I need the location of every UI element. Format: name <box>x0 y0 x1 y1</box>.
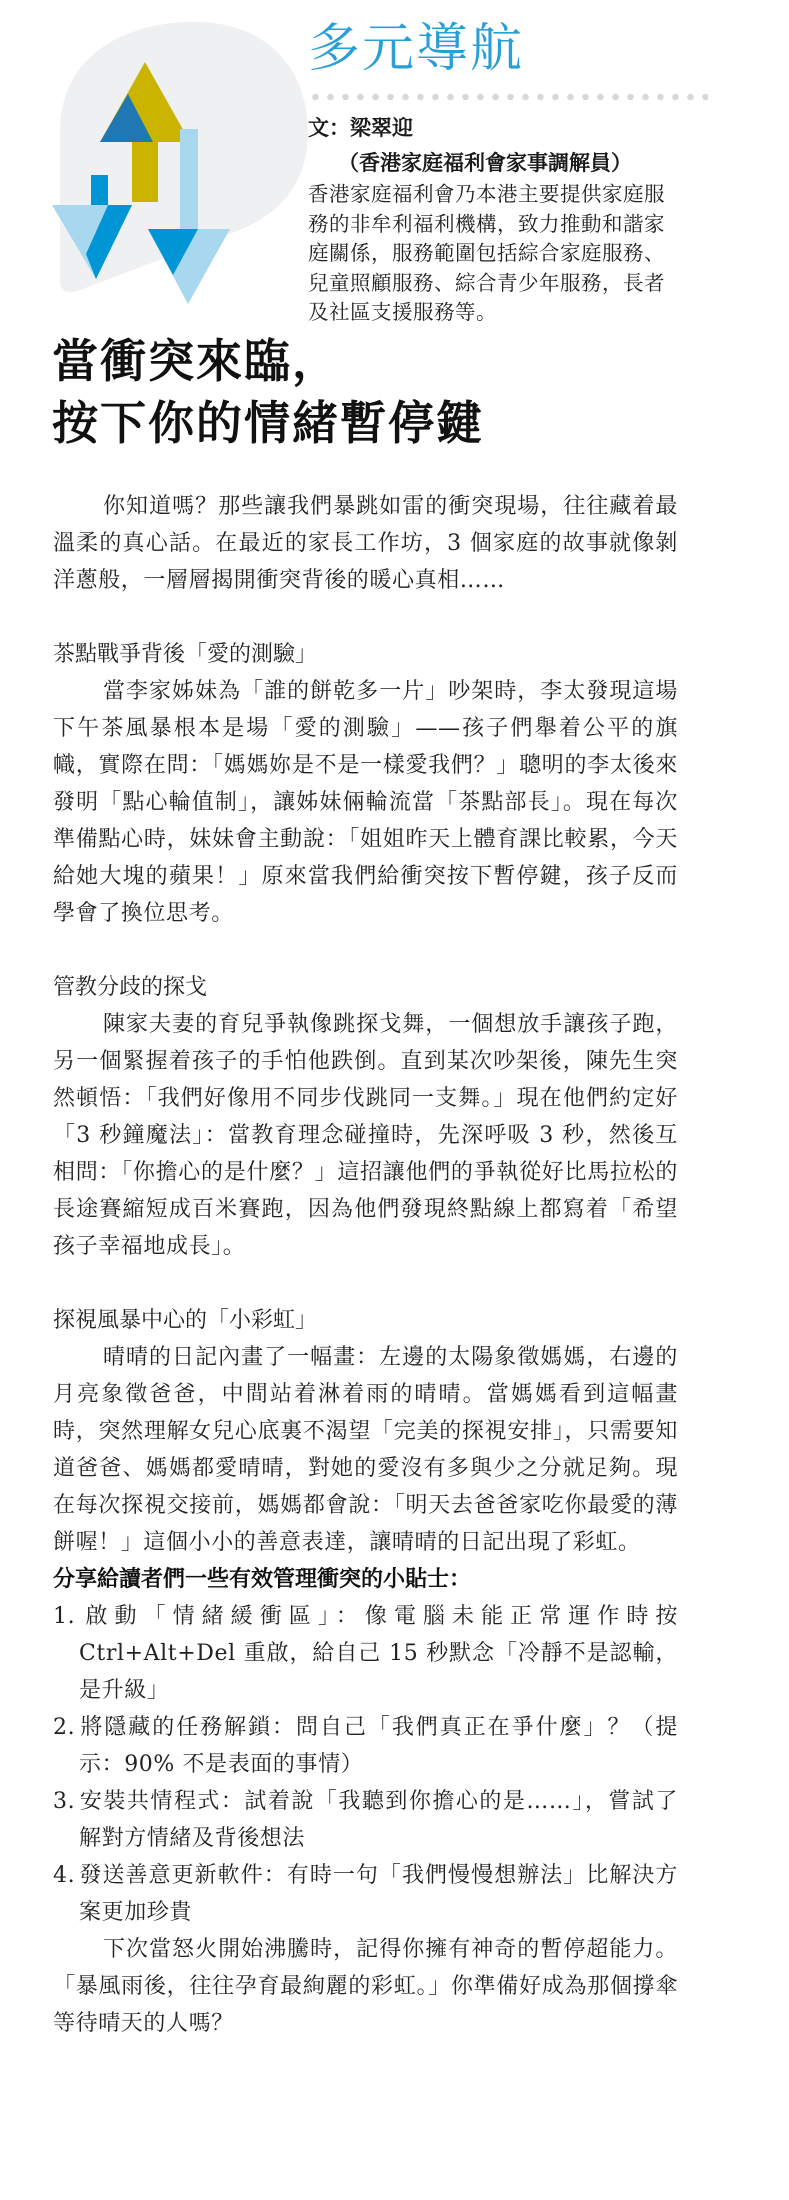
tip-item: 1.啟動「情緒緩衝區」：像電腦未能正常運作時按 Ctrl+Alt+Del 重啟，… <box>53 1598 678 1709</box>
tip-number: 4. <box>53 1857 79 1894</box>
up-down-arrows-logo-icon <box>40 12 320 312</box>
byline-organization: （香港家庭福利會家事調解員） <box>338 148 632 178</box>
tip-text: 發送善意更新軟件：有時一句「我們慢慢想辦法」比解決方案更加珍貴 <box>79 1863 678 1925</box>
tips-list: 1.啟動「情緒緩衝區」：像電腦未能正常運作時按 Ctrl+Alt+Del 重啟，… <box>53 1598 678 1931</box>
section-body-rainbow: 晴晴的日記內畫了一幅畫：左邊的太陽象徵媽媽，右邊的月亮象徵爸爸，中間站着淋着雨的… <box>53 1339 678 1561</box>
headline-line-1: 當衝突來臨， <box>52 334 340 388</box>
tip-item: 2.將隱藏的任務解鎖：問自己「我們真正在爭什麼」？（提示：90% 不是表面的事情… <box>53 1709 678 1783</box>
tip-item: 4.發送善意更新軟件：有時一句「我們慢慢想辦法」比解決方案更加珍貴 <box>53 1857 678 1931</box>
tip-text: 安裝共情程式：試着說「我聽到你擔心的是……」，嘗試了解對方情緒及背後想法 <box>79 1789 678 1851</box>
tip-number: 2. <box>53 1709 79 1746</box>
article-body: 你知道嗎？那些讓我們暴跳如雷的衝突現場，往往藏着最溫柔的真心話。在最近的家長工作… <box>53 488 678 2042</box>
section-heading-rainbow: 探視風暴中心的「小彩虹」 <box>53 1302 678 1339</box>
section-heading-tango: 管教分歧的探戈 <box>53 969 678 1006</box>
tips-heading: 分享給讀者們一些有效管理衝突的小貼士： <box>53 1561 678 1598</box>
byline-author: 文：梁翠迎 <box>308 113 413 143</box>
tip-item: 3.安裝共情程式：試着說「我聽到你擔心的是……」，嘗試了解對方情緒及背後想法 <box>53 1783 678 1857</box>
column-title: 多元導航 <box>308 14 524 84</box>
section-heading-tea-war: 茶點戰爭背後「愛的測驗」 <box>53 636 678 673</box>
dotted-divider <box>308 92 708 102</box>
article-headline: 當衝突來臨， 按下你的情緒暫停鍵 <box>52 330 752 454</box>
organization-description: 香港家庭福利會乃本港主要提供家庭服務的非牟利福利機構，致力推動和諧家庭關係，服務… <box>308 180 678 328</box>
tip-text: 將隱藏的任務解鎖：問自己「我們真正在爭什麼」？（提示：90% 不是表面的事情） <box>79 1715 678 1777</box>
tip-number: 1. <box>53 1598 79 1635</box>
headline-line-2: 按下你的情緒暫停鍵 <box>52 396 484 450</box>
section-body-tea-war: 當李家姊妹為「誰的餅乾多一片」吵架時，李太發現這場下午茶風暴根本是場「愛的測驗」… <box>53 673 678 932</box>
closing-paragraph: 下次當怒火開始沸騰時，記得你擁有神奇的暫停超能力。「暴風雨後，往往孕育最絢麗的彩… <box>53 1931 678 2042</box>
tip-number: 3. <box>53 1783 79 1820</box>
intro-paragraph: 你知道嗎？那些讓我們暴跳如雷的衝突現場，往往藏着最溫柔的真心話。在最近的家長工作… <box>53 488 678 599</box>
tip-text: 啟動「情緒緩衝區」：像電腦未能正常運作時按 Ctrl+Alt+Del 重啟，給自… <box>79 1604 678 1703</box>
section-body-tango: 陳家夫妻的育兒爭執像跳探戈舞，一個想放手讓孩子跑，另一個緊握着孩子的手怕他跌倒。… <box>53 1006 678 1265</box>
